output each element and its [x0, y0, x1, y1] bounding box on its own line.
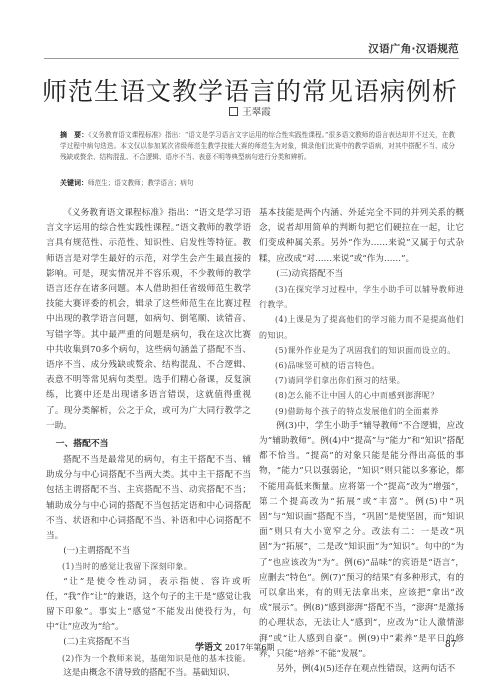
keywords-label: 关键词： [60, 179, 88, 187]
running-head: 汉语广角·汉语规范 [44, 38, 459, 59]
section-label: 汉语广角·汉语规范 [368, 41, 459, 56]
example-sentence: (7)请同学们拿出你们预习的结果。 [259, 373, 464, 388]
example-sentence: (6)品味竖可桢的语言特色。 [259, 358, 464, 373]
page-number: 87 [445, 640, 456, 650]
example-sentence: (8)怎么能不让中国人的心中而感到澎湃呢？ [259, 388, 464, 403]
body-paragraph: 搭配不当是最常见的病句，有主干搭配不当、辅助成分与中心词搭配不当两大类。其中主干… [46, 453, 251, 544]
keywords-text: 师范生；语文教师；教学语言；病句 [88, 179, 194, 187]
abstract-text: 《义务教育语文课程标准》指出：“语文是学习语言文字运用的综合性实践性课程。”很多… [60, 131, 455, 161]
left-column: 《义务教育语文课程标准》指出：“语文是学习语言文字运用的综合性实践性课程。”语文… [46, 206, 251, 681]
body-paragraph: 这是由概念不清导致的搭配不当。基础知识、 [46, 666, 251, 681]
author-name: 王翠霞 [242, 107, 271, 118]
issue-label: 2017年第6期 [225, 643, 274, 652]
example-sentence: (5)课外作业是为了巩固我们的知识面而设立的。 [259, 343, 464, 358]
body-paragraph: 基本技能是两个内涵、外延完全不同的并列关系的概念，说者却用简单的判断句把它们硬拉… [259, 206, 464, 267]
footer-journal: 学语文2017年第6期 [195, 640, 274, 653]
intro-paragraph: 《义务教育语文课程标准》指出：“语文是学习语言文字运用的综合性实践性课程。”语文… [46, 206, 251, 434]
journal-name: 学语文 [195, 643, 222, 653]
body-paragraph: “让”是使令性动词，表示指使、容许或听任，“我”作“让”的兼语，这个句子的主干是… [46, 575, 251, 636]
author-line: 王翠霞 [0, 104, 500, 118]
body-paragraph: 例(3)中，学生小助手“辅导教师”不合逻辑，应改为“辅助教师”。例(4)中“提高… [259, 419, 464, 662]
right-column: 基本技能是两个内涵、外延完全不同的并列关系的概念，说者却用简单的判断句把它们硬拉… [259, 206, 464, 677]
example-sentence: (1)当时的感觉让我留下深刻印象。 [46, 559, 251, 574]
section-heading: 一、搭配不当 [46, 436, 251, 453]
subsection-heading: (三)动宾搭配不当 [259, 267, 464, 282]
article-title: 师范生语文教学语言的常见语病例析 [0, 72, 500, 108]
abstract-label: 摘 要： [60, 131, 88, 139]
example-sentence: (4)上课是为了提高他们的学习能力而不是提高他们的知识。 [259, 312, 464, 342]
body-paragraph: 另外，例(4)(5)还存在观点性错误，这两句话不 [259, 662, 464, 677]
example-sentence: (3)在探究学习过程中，学生小助手可以辅导教师进行教学。 [259, 282, 464, 312]
author-box-icon [229, 107, 238, 116]
subsection-heading: (一)主谓搭配不当 [46, 544, 251, 559]
abstract: 摘 要：《义务教育语文课程标准》指出：“语文是学习语言文字运用的综合性实践性课程… [60, 130, 455, 164]
keywords: 关键词：师范生；语文教师；教学语言；病句 [60, 178, 455, 189]
example-sentence: (9)借助每个孩子的特点发展他们的全面素养 [259, 404, 464, 419]
